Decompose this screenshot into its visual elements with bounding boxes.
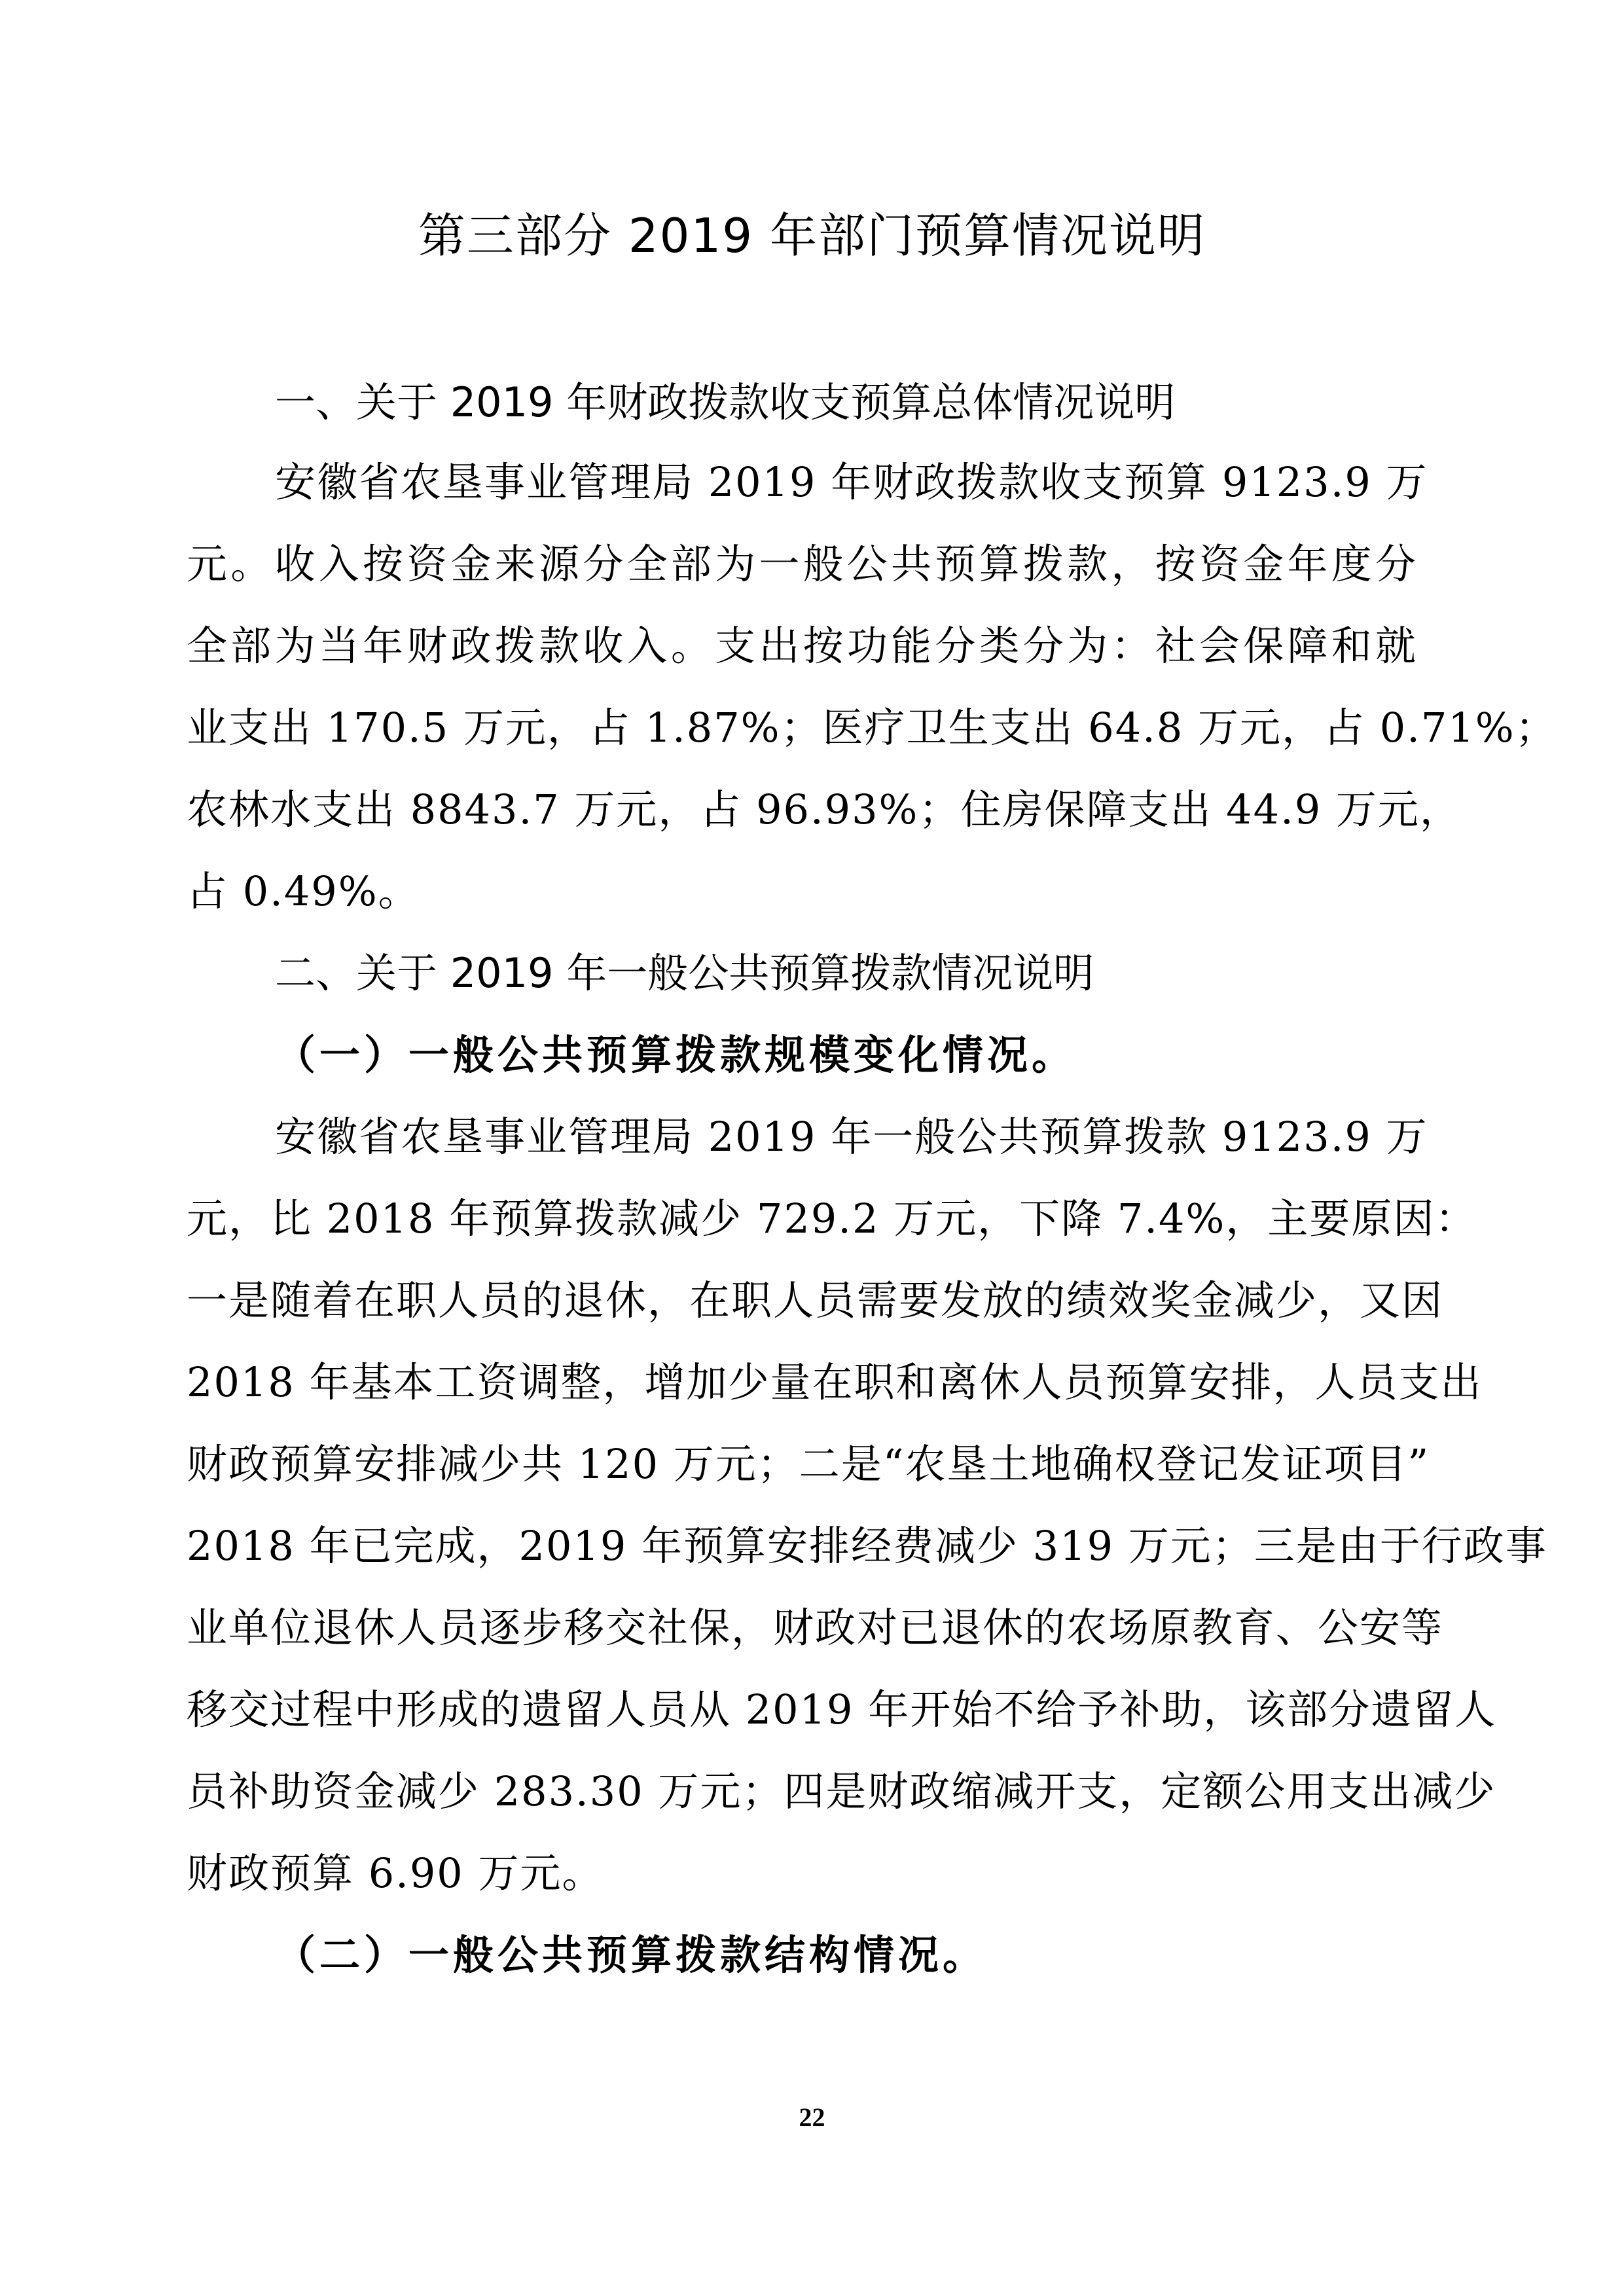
paragraph-line: 占 0.49%。 <box>187 865 1417 918</box>
document-page: 第三部分 2019 年部门预算情况说明 一、关于 2019 年财政拨款收支预算总… <box>0 0 1624 2295</box>
paragraph-line: 员补助资金减少 283.30 万元；四是财政缩减开支，定额公用支出减少 <box>187 1765 1417 1818</box>
section-1-heading: 一、关于 2019 年财政拨款收支预算总体情况说明 <box>275 376 1175 429</box>
paragraph-line: 2018 年已完成，2019 年预算安排经费减少 319 万元；三是由于行政事 <box>187 1520 1417 1572</box>
paragraph-line: 移交过程中形成的遗留人员从 2019 年开始不给予补助，该部分遗留人 <box>187 1684 1417 1736</box>
paragraph-line: 农林水支出 8843.7 万元，占 96.93%；住房保障支出 44.9 万元， <box>187 784 1404 836</box>
paragraph-line: 元。收入按资金来源分全部为一般公共预算拨款，按资金年度分 <box>187 538 1417 590</box>
paragraph-line: 全部为当年财政拨款收入。支出按功能分类分为：社会保障和就 <box>187 620 1417 672</box>
paragraph-line: 安徽省农垦事业管理局 2019 年一般公共预算拨款 9123.9 万 <box>275 1111 1417 1163</box>
section-2-heading: 二、关于 2019 年一般公共预算拨款情况说明 <box>275 947 1094 1000</box>
subsection-2-heading: （二）一般公共预算拨款结构情况。 <box>275 1929 987 1981</box>
paragraph-line: 元，比 2018 年预算拨款减少 729.2 万元，下降 7.4%，主要原因： <box>187 1193 1417 1245</box>
paragraph-line: 一是随着在职人员的退休，在职人员需要发放的绩效奖金减少，又因 <box>187 1274 1417 1327</box>
paragraph-line: 安徽省农垦事业管理局 2019 年财政拨款收支预算 9123.9 万 <box>275 456 1417 509</box>
subsection-1-heading: （一）一般公共预算拨款规模变化情况。 <box>275 1029 1076 1081</box>
paragraph-line: 2018 年基本工资调整，增加少量在职和离休人员预算安排，人员支出 <box>187 1356 1417 1409</box>
page-number: 22 <box>0 2101 1624 2134</box>
page-title: 第三部分 2019 年部门预算情况说明 <box>0 206 1624 265</box>
paragraph-line: 业单位退休人员逐步移交社保，财政对已退休的农场原教育、公安等 <box>187 1602 1417 1654</box>
paragraph-line: 财政预算安排减少共 120 万元；二是“农垦土地确权登记发证项目” <box>187 1438 1417 1491</box>
paragraph-line: 业支出 170.5 万元，占 1.87%；医疗卫生支出 64.8 万元，占 0.… <box>187 702 1417 754</box>
paragraph-line: 财政预算 6.90 万元。 <box>187 1847 1417 1900</box>
